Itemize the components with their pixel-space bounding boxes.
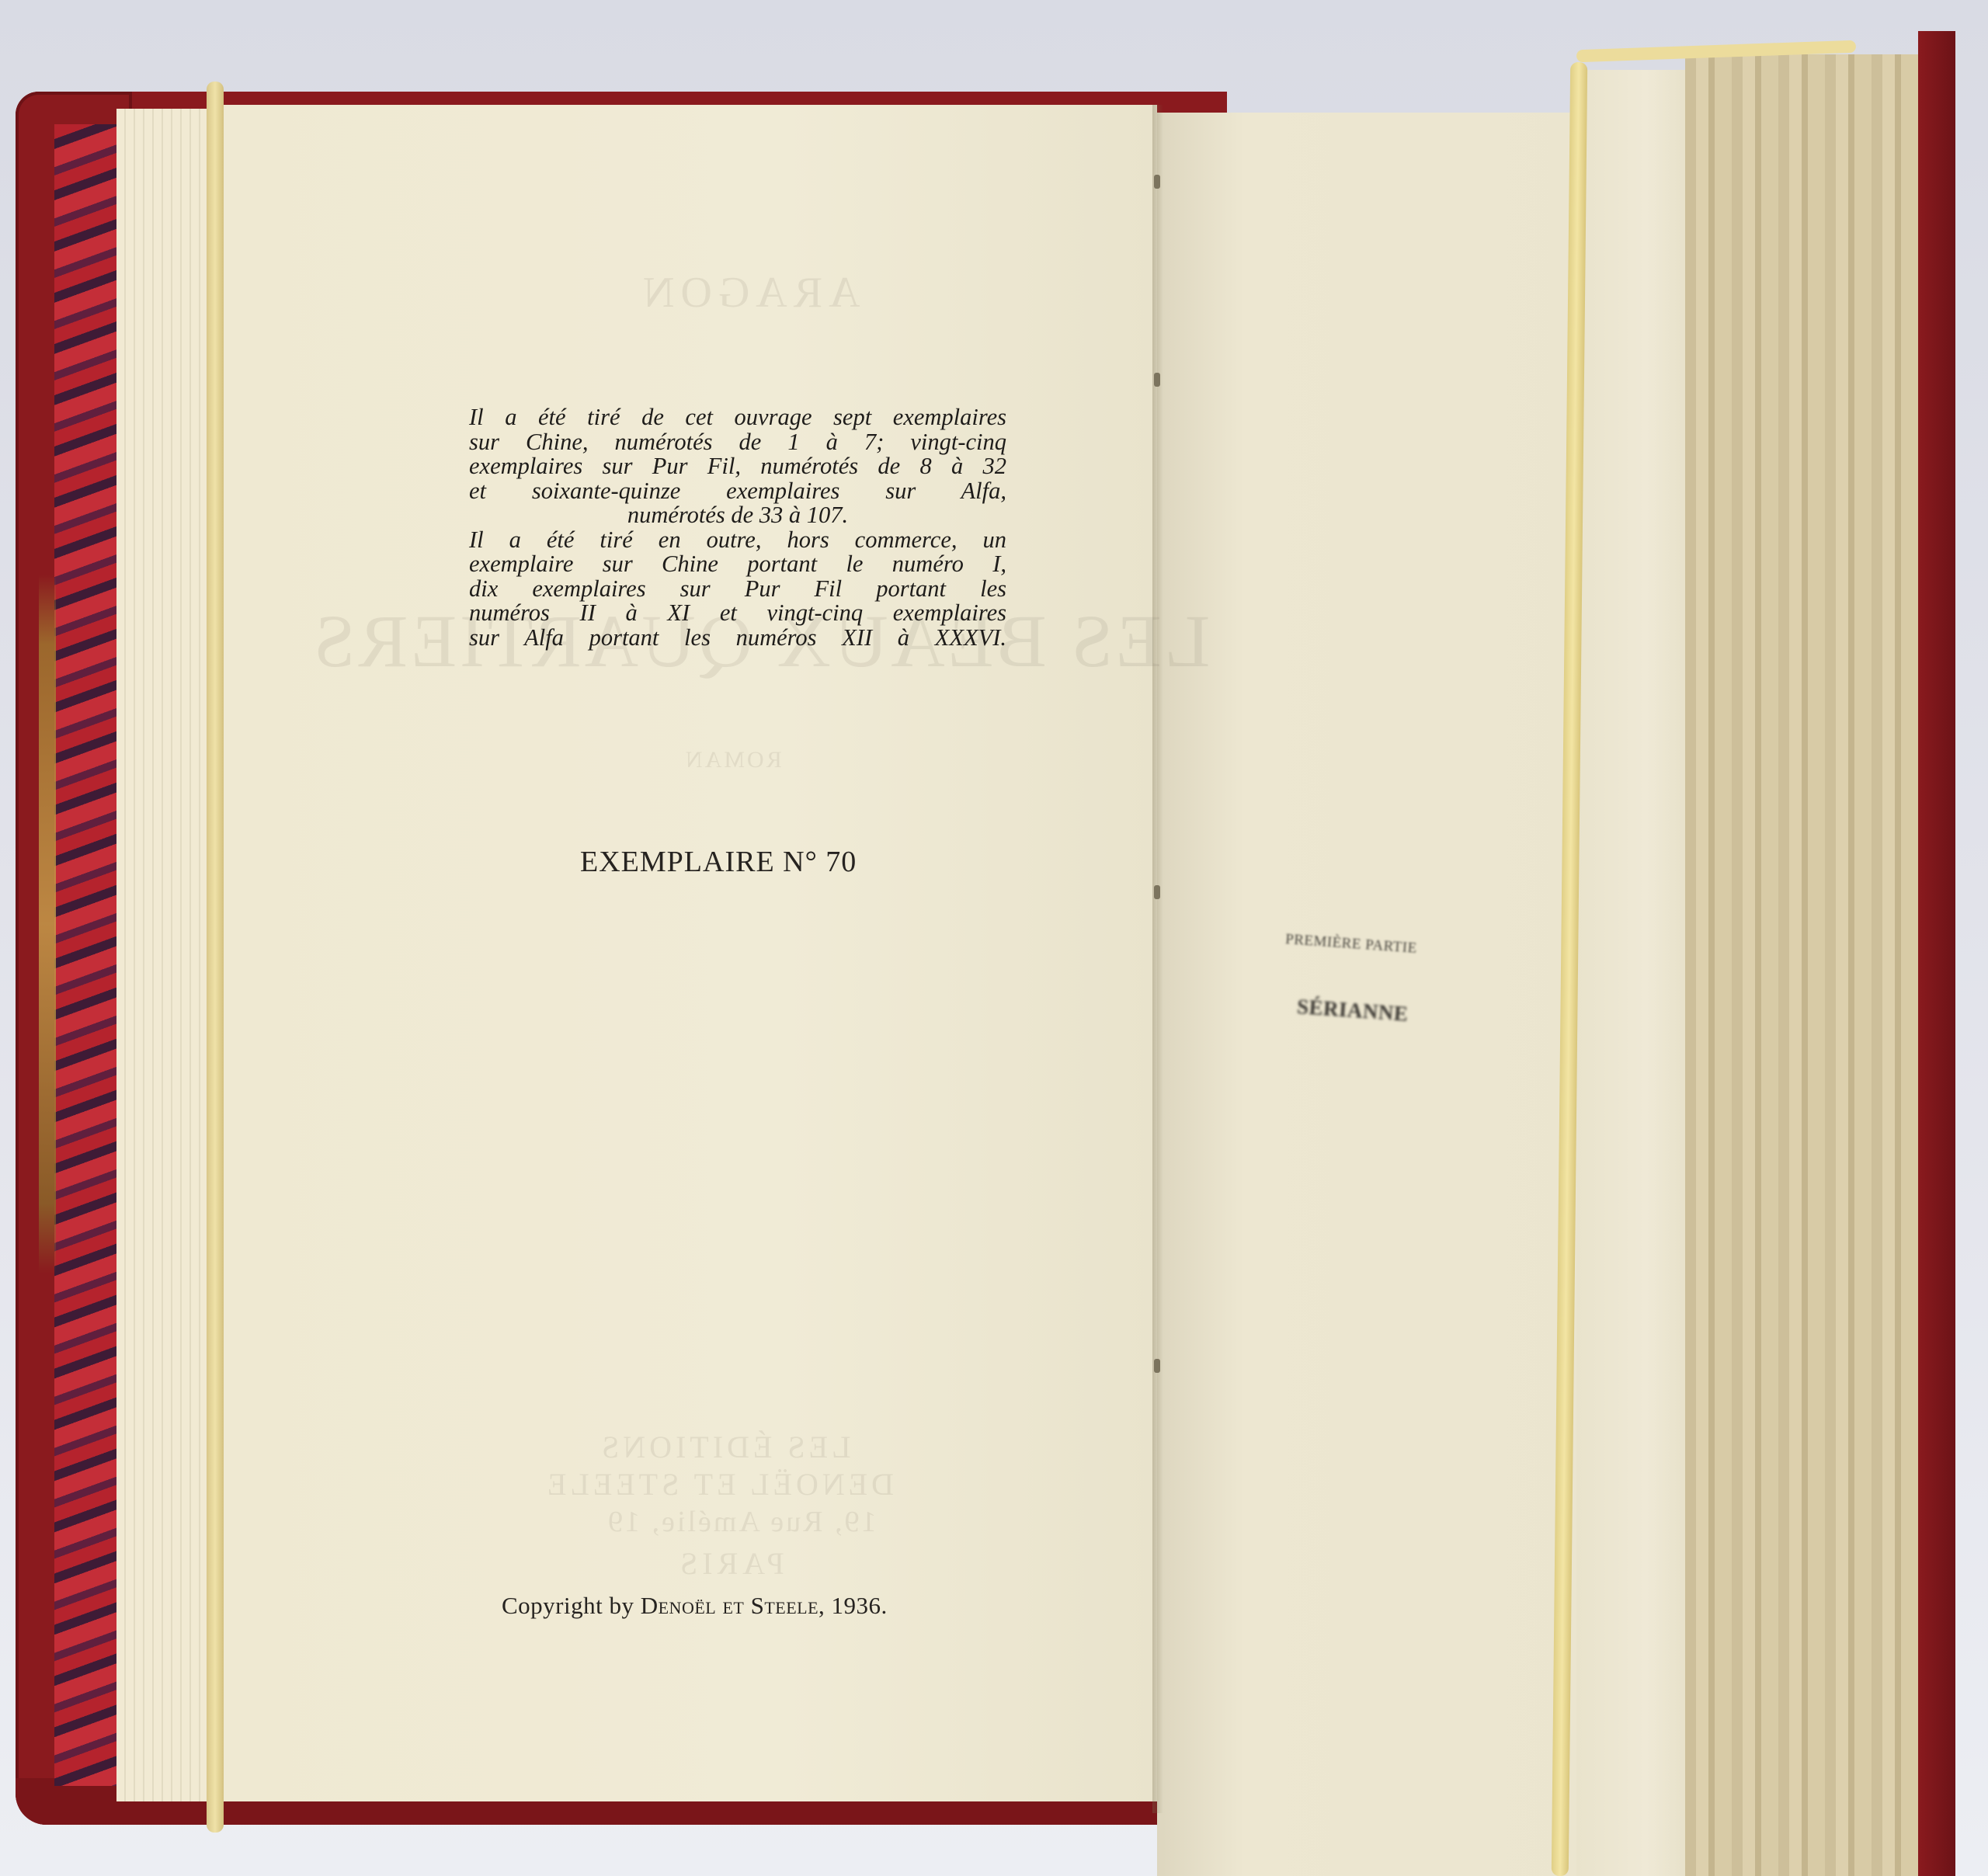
gilt-tooling bbox=[39, 575, 56, 1273]
justification-line: numéros II à XI et vingt-cinq exemplaire… bbox=[469, 601, 1006, 626]
show-through-publisher-2: DENOËL ET STEELE bbox=[544, 1466, 894, 1503]
binding-stitch bbox=[1154, 1359, 1160, 1373]
copy-number-label: EXEMPLAIRE N° 70 bbox=[580, 845, 857, 879]
justification-line: numérotés de 33 à 107. bbox=[469, 503, 1006, 528]
book-cover-right-board bbox=[1918, 31, 1955, 1876]
copyright-publisher: Denoël et Steele bbox=[641, 1592, 818, 1619]
justification-line: Il a été tiré en outre, hors commerce, u… bbox=[469, 528, 1006, 553]
binding-stitch bbox=[1154, 373, 1160, 387]
justification-line: sur Alfa portant les numéros XII à XXXVI… bbox=[469, 626, 1006, 651]
page-fore-edge bbox=[1685, 54, 1926, 1876]
binding-stitch bbox=[1154, 885, 1160, 899]
right-page-fold bbox=[1576, 70, 1693, 1876]
copyright-prefix: Copyright by bbox=[502, 1592, 641, 1619]
show-through-publisher-1: LES ÉDITIONS bbox=[598, 1429, 851, 1465]
spine-gutter bbox=[1152, 105, 1163, 1813]
binding-stitch bbox=[1154, 175, 1160, 189]
justification-line: dix exemplaires sur Pur Fil portant les bbox=[469, 577, 1006, 602]
copyright-notice: Copyright by Denoël et Steele, 1936. bbox=[502, 1592, 888, 1620]
show-through-publisher-4: PARIS bbox=[676, 1545, 784, 1582]
justification-line: exemplaire sur Chine portant le numéro I… bbox=[469, 552, 1006, 577]
show-through-genre: ROMAN bbox=[683, 747, 782, 773]
justification-de-tirage: Il a été tiré de cet ouvrage sept exempl… bbox=[469, 405, 1006, 650]
right-page bbox=[1157, 113, 1592, 1876]
justification-line: et soixante-quinze exemplaires sur Alfa, bbox=[469, 479, 1006, 504]
show-through-author: ARAGON bbox=[637, 268, 860, 318]
justification-line: Il a été tiré de cet ouvrage sept exempl… bbox=[469, 405, 1006, 430]
justification-line: sur Chine, numérotés de 1 à 7; vingt-cin… bbox=[469, 430, 1006, 455]
copyright-suffix: , 1936. bbox=[818, 1592, 888, 1619]
show-through-publisher-3: 19, Rue Amélie, 19 bbox=[606, 1505, 876, 1539]
ribbon-bookmark-left bbox=[207, 82, 224, 1833]
justification-line: exemplaires sur Pur Fil, numérotés de 8 … bbox=[469, 454, 1006, 479]
